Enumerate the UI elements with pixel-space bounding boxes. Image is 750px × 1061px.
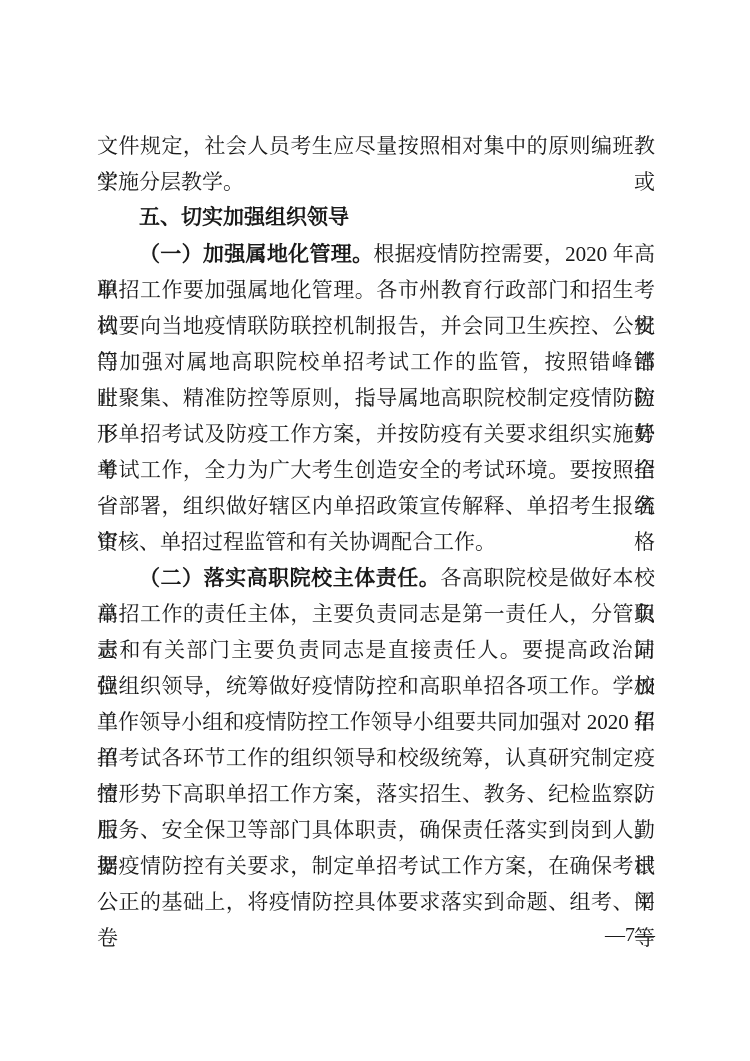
text-line: 文件规定，社会人员考生应尽量按照相对集中的原则编班教学或: [97, 128, 655, 164]
text-line: 门加强对属地高职院校单招考试工作的监管，按照错峰错时、防: [97, 344, 655, 380]
text-line: 考试工作，全力为广大考生创造安全的考试环境。要按照全省统: [97, 452, 655, 488]
text-line: 止聚集、精准防控等原则，指导属地高职院校制定疫情防控形势: [97, 380, 655, 416]
document-body: 文件规定，社会人员考生应尽量按照相对集中的原则编班教学或实施分层教学。五、切实加…: [97, 128, 655, 920]
text-line: 工作领导小组和疫情防控工作领导小组要共同加强对 2020 年单: [97, 704, 655, 740]
text-line: 公正的基础上，将疫情防控具体要求落实到命题、组考、阅卷等: [97, 884, 655, 920]
paragraph-lead: （一）加强属地化管理。: [139, 242, 373, 266]
text-line: 下单招考试及防疫工作方案，并按防疫有关要求组织实施好单招: [97, 416, 655, 452]
text-line: 强组织领导，统筹做好疫情防控和高职单招各项工作。学校单招: [97, 668, 655, 704]
text-line: 一部署，组织做好辖区内单招政策宣传解释、单招考生报名资格: [97, 488, 655, 524]
paragraph-lead: （二）落实高职院校主体责任。: [139, 566, 440, 590]
text-line: 控形势下高职单招工作方案，落实招生、教务、纪检监察、后勤: [97, 776, 655, 812]
text-line: 据疫情防控有关要求，制定单招考试工作方案，在确保考试公平: [97, 848, 655, 884]
text-line: （二）落实高职院校主体责任。各高职院校是做好本校高职: [97, 560, 655, 596]
page-number: —7—: [97, 923, 655, 947]
text-line: 服务、安全保卫等部门具体职责，确保责任落实到岗到人。要根: [97, 812, 655, 848]
section-heading: 五、切实加强组织领导: [97, 200, 655, 236]
text-line: 志和有关部门主要负责同志是直接责任人。要提高政治站位，加: [97, 632, 655, 668]
text-line: 单招工作的责任主体，主要负责同志是第一责任人，分管负责同: [97, 596, 655, 632]
text-line: 招考试各环节工作的组织领导和校级统筹，认真研究制定疫情防: [97, 740, 655, 776]
text-line: （一）加强属地化管理。根据疫情防控需要，2020 年高职: [97, 236, 655, 272]
document-page: 文件规定，社会人员考生应尽量按照相对集中的原则编班教学或实施分层教学。五、切实加…: [0, 0, 750, 1061]
text-line: 单招工作要加强属地化管理。各市州教育行政部门和招生考试机: [97, 272, 655, 308]
text-line: 构要向当地疫情联防联控机制报告，并会同卫生疾控、公安等部: [97, 308, 655, 344]
